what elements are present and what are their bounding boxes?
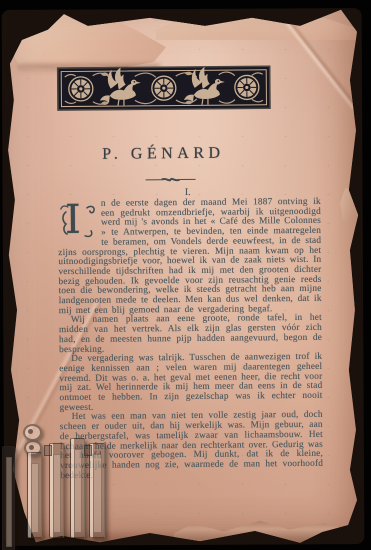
watermark-bar: [49, 443, 64, 538]
embossed-stamp-watermark: [0, 418, 120, 550]
ornament-band-icon: [57, 65, 271, 111]
watermark-bar: [27, 452, 42, 538]
paragraph-text: n de eerste dagen der maand Mei 1887 ont…: [58, 197, 322, 316]
drop-cap-letter: I: [65, 198, 81, 242]
drop-cap: I: [58, 201, 96, 243]
swelled-rule-icon: [145, 176, 197, 183]
paragraph: Wij namen plaats aan eene groote, ronde …: [59, 314, 322, 355]
watermark-bar: [2, 446, 15, 550]
title-row: P. GÉNARD: [25, 144, 301, 164]
paragraph: I n de eerste dagen der maand Mei 1887 o…: [58, 198, 322, 317]
scanned-book-page: P. GÉNARD I.: [0, 0, 371, 550]
watermark-ring-icon: [23, 424, 42, 441]
paragraph-text: Wij namen plaats aan eene groote, ronde …: [59, 313, 322, 354]
page-title: P. GÉNARD: [102, 145, 224, 163]
watermark-bar: [70, 438, 85, 538]
paragraph: De vergadering was talrijk. Tusschen de …: [59, 353, 322, 414]
paragraph-text: De vergadering was talrijk. Tusschen de …: [59, 352, 322, 413]
watermark-bar: [89, 443, 105, 538]
